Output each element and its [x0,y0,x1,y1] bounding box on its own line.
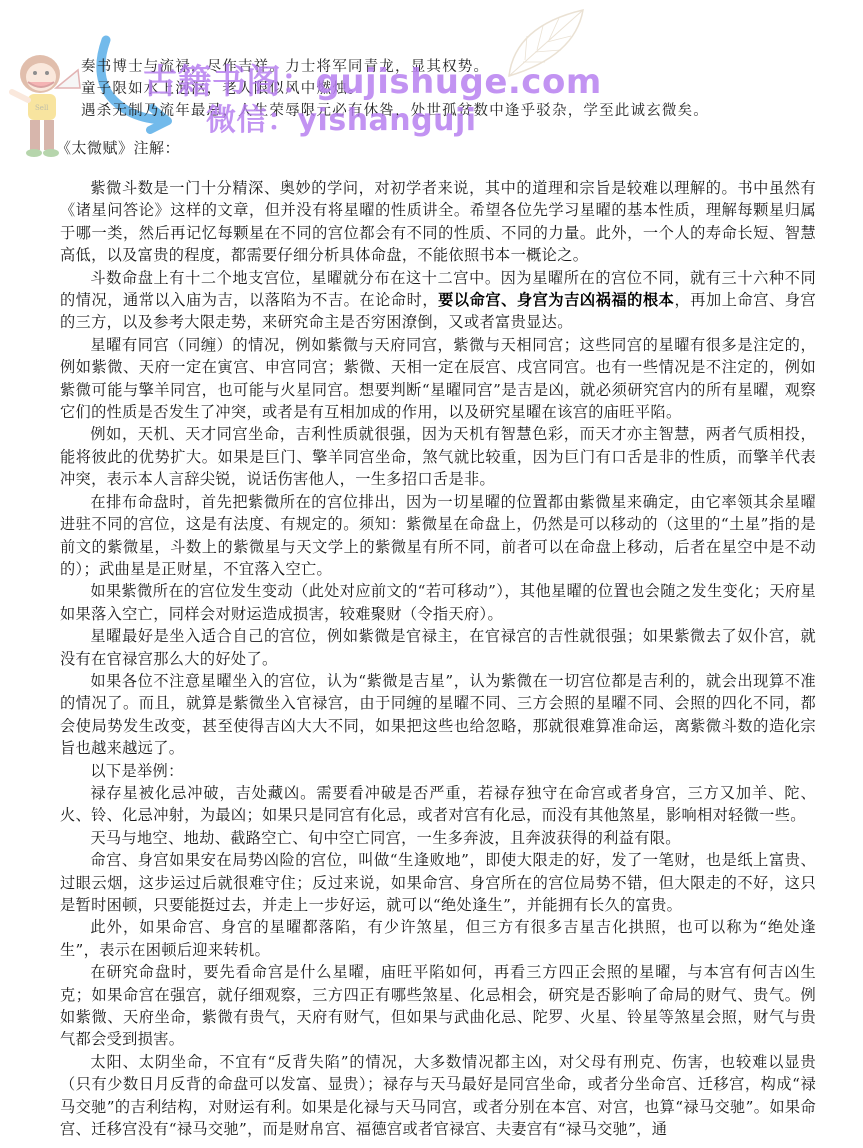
section-title: 《太微赋》注解： [56,137,180,158]
paragraph-text: 星曜有同宫（同缠）的情况，例如紫微与天府同宫，紫微与天相同宫；这些同宫的星曜有很… [60,336,816,421]
poem-line: 童子限如水上泡沤，老人限似风中燃烛。 [81,78,709,100]
paragraph: 天马与地空、地劫、截路空亡、旬中空亡同宫，一生多奔波，且奔波获得的利益有限。 [60,827,816,849]
paragraph: 此外，如果命宫、身宫的星曜都落陷，有少许煞星，但三方有很多吉星吉化拱照，也可以称… [60,916,816,961]
poem-line: 遇杀无制乃流年最忌，人生荣辱限元必有休咎，处世孤贫数中逢乎驳杂，学至此诚玄微矣。 [81,100,709,122]
paragraph-text: 星曜最好是坐入适合自己的宫位，例如紫微是官禄主，在官禄宫的吉性就很强；如果紫微去… [60,627,816,667]
paragraph: 太阳、太阴坐命，不宜有“反背失陷”的情况，大多数情况都主凶，对父母有刑克、伤害，… [60,1051,816,1141]
paragraph: 禄存星被化忌冲破，吉处藏凶。需要看冲破是否严重，若禄存独守在命宫或者身宫，三方又… [60,782,816,827]
paragraph: 如果各位不注意星曜坐入的宫位，认为“紫微是吉星”，认为紫微在一切宫位都是吉利的，… [60,670,816,760]
paragraph-text: 以下是举例： [90,762,183,780]
document-page: Sell 奏书博士与流禄，尽作吉祥。力士将军同青龙，显其权势。 童子限如水上泡沤… [0,0,863,1148]
paragraph-text: 如果紫微所在的宫位发生变动（此处对应前文的“若可移动”），其他星曜的位置也会随之… [60,582,816,622]
body-text: 紫微斗数是一门十分精深、奥妙的学问，对初学者来说，其中的道理和宗旨是较难以理解的… [60,177,816,1140]
paragraph: 命宫、身宫如果安在局势凶险的宫位，叫做“生逢败地”，即使大限走的好，发了一笔财，… [60,849,816,916]
paragraph: 如果紫微所在的宫位发生变动（此处对应前文的“若可移动”），其他星曜的位置也会随之… [60,580,816,625]
svg-text:Sell: Sell [35,104,49,112]
paragraph-text: 命宫、身宫如果安在局势凶险的宫位，叫做“生逢败地”，即使大限走的好，发了一笔财，… [60,851,816,914]
paragraph-text: 天马与地空、地劫、截路空亡、旬中空亡同宫，一生多奔波，且奔波获得的利益有限。 [90,829,680,847]
paragraph-text: 在研究命盘时，要先看命宫是什么星曜，庙旺平陷如何，再看三方四正会照的星曜，与本宫… [60,963,816,1048]
paragraph-text: 紫微斗数是一门十分精深、奥妙的学问，对初学者来说，其中的道理和宗旨是较难以理解的… [60,179,816,264]
paragraph-text: 此外，如果命宫、身宫的星曜都落陷，有少许煞星，但三方有很多吉星吉化拱照，也可以称… [60,918,816,958]
paragraph: 例如，天机、天才同宫坐命，吉利性质就很强，因为天机有智慧色彩，而天才亦主智慧，两… [60,423,816,490]
paragraph-text: 如果各位不注意星曜坐入的宫位，认为“紫微是吉星”，认为紫微在一切宫位都是吉利的，… [60,672,816,757]
paragraph: 在研究命盘时，要先看命宫是什么星曜，庙旺平陷如何，再看三方四正会照的星曜，与本宫… [60,961,816,1051]
emphasis-text: 要以命宫、身宫为吉凶祸福的根本 [438,291,674,309]
poem-block: 奏书博士与流禄，尽作吉祥。力士将军同青龙，显其权势。 童子限如水上泡沤，老人限似… [81,56,709,122]
paragraph-text: 禄存星被化忌冲破，吉处藏凶。需要看冲破是否严重，若禄存独守在命宫或者身宫，三方又… [60,784,816,824]
poem-line: 奏书博士与流禄，尽作吉祥。力士将军同青龙，显其权势。 [81,56,709,78]
paragraph: 星曜最好是坐入适合自己的宫位，例如紫微是官禄主，在官禄宫的吉性就很强；如果紫微去… [60,625,816,670]
paragraph-text: 在排布命盘时，首先把紫微所在的宫位排出，因为一切星曜的位置都由紫微星来确定，由它… [60,493,816,578]
paragraph: 紫微斗数是一门十分精深、奥妙的学问，对初学者来说，其中的道理和宗旨是较难以理解的… [60,177,816,267]
paragraph: 斗数命盘上有十二个地支宫位，星曜就分布在这十二宫中。因为星曜所在的宫位不同，就有… [60,267,816,334]
paragraph: 在排布命盘时，首先把紫微所在的宫位排出，因为一切星曜的位置都由紫微星来确定，由它… [60,491,816,581]
paragraph-text: 太阳、太阴坐命，不宜有“反背失陷”的情况，大多数情况都主凶，对父母有刑克、伤害，… [60,1053,816,1138]
paragraph: 星曜有同宫（同缠）的情况，例如紫微与天府同宫，紫微与天相同宫；这些同宫的星曜有很… [60,334,816,424]
paragraph: 以下是举例： [60,760,816,782]
paragraph-text: 例如，天机、天才同宫坐命，吉利性质就很强，因为天机有智慧色彩，而天才亦主智慧，两… [60,425,816,488]
